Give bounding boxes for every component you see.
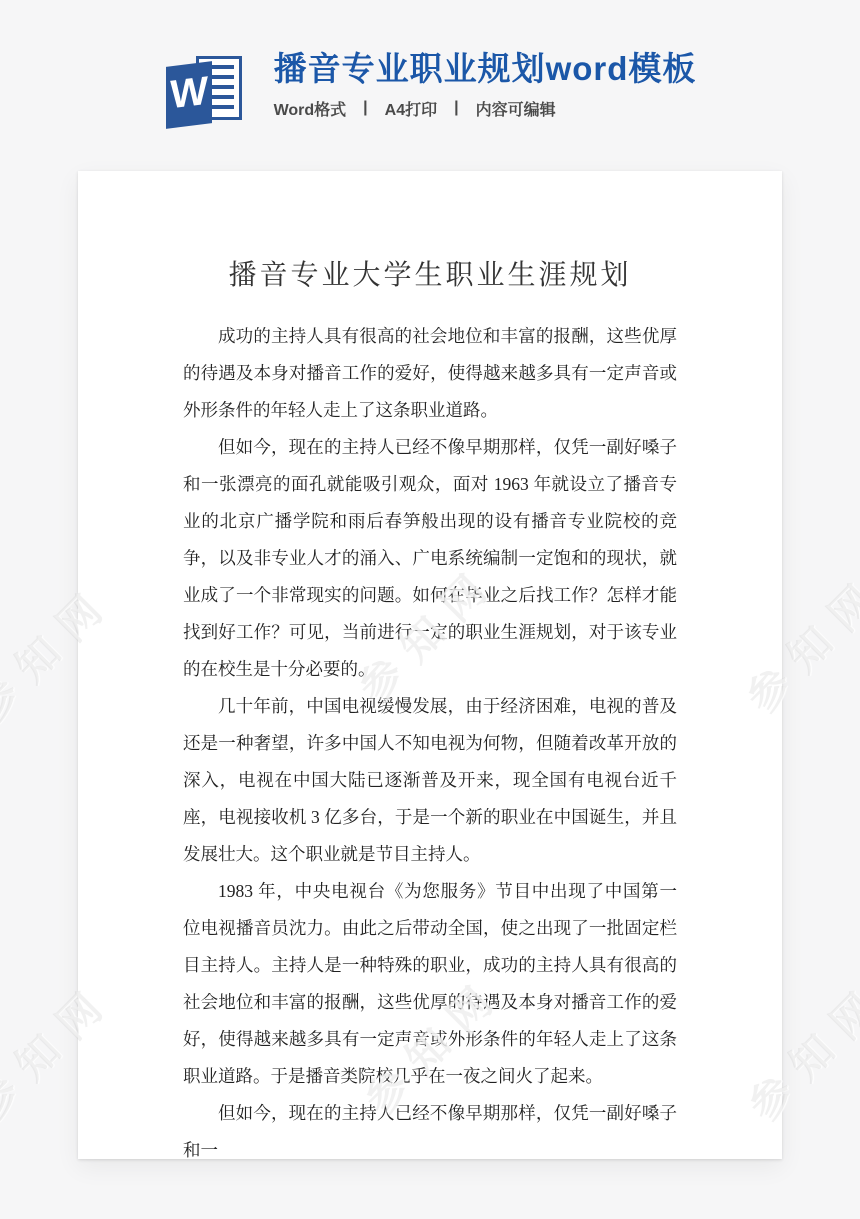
document-page: 播音专业大学生职业生涯规划 成功的主持人具有很高的社会地位和丰富的报酬，这些优厚… xyxy=(78,171,782,1159)
document-paragraph: 几十年前，中国电视缓慢发展，由于经济困难，电视的普及还是一种奢望，许多中国人不知… xyxy=(183,688,677,873)
feature-separator: | xyxy=(363,99,367,117)
feature-editable: 内容可编辑 xyxy=(476,97,556,120)
document-title: 播音专业大学生职业生涯规划 xyxy=(183,255,677,297)
word-logo-letter: W xyxy=(170,71,208,120)
document-paragraph: 但如今，现在的主持人已经不像早期那样，仅凭一副好嗓子和一 xyxy=(183,1095,677,1169)
template-header: W 播音专业职业规划word模板 Word格式 | A4打印 | 内容可编辑 xyxy=(0,50,860,134)
document-paragraph: 成功的主持人具有很高的社会地位和丰富的报酬，这些优厚的待遇及本身对播音工作的爱好… xyxy=(183,318,677,429)
document-paragraph: 1983 年，中央电视台《为您服务》节目中出现了中国第一位电视播音员沈力。由此之… xyxy=(183,873,677,1095)
header-text: 播音专业职业规划word模板 Word格式 | A4打印 | 内容可编辑 xyxy=(274,50,697,120)
feature-separator: | xyxy=(454,99,458,117)
document-body: 成功的主持人具有很高的社会地位和丰富的报酬，这些优厚的待遇及本身对播音工作的爱好… xyxy=(183,318,677,1169)
template-features: Word格式 | A4打印 | 内容可编辑 xyxy=(274,97,697,120)
word-logo-front: W xyxy=(166,61,212,129)
document-paragraph: 但如今，现在的主持人已经不像早期那样，仅凭一副好嗓子和一张漂亮的面孔就能吸引观众… xyxy=(183,429,677,688)
template-title: 播音专业职业规划word模板 xyxy=(274,50,697,88)
feature-word-format: Word格式 xyxy=(274,97,347,120)
feature-a4-print: A4打印 xyxy=(385,97,437,120)
word-logo-icon: W xyxy=(164,52,244,134)
